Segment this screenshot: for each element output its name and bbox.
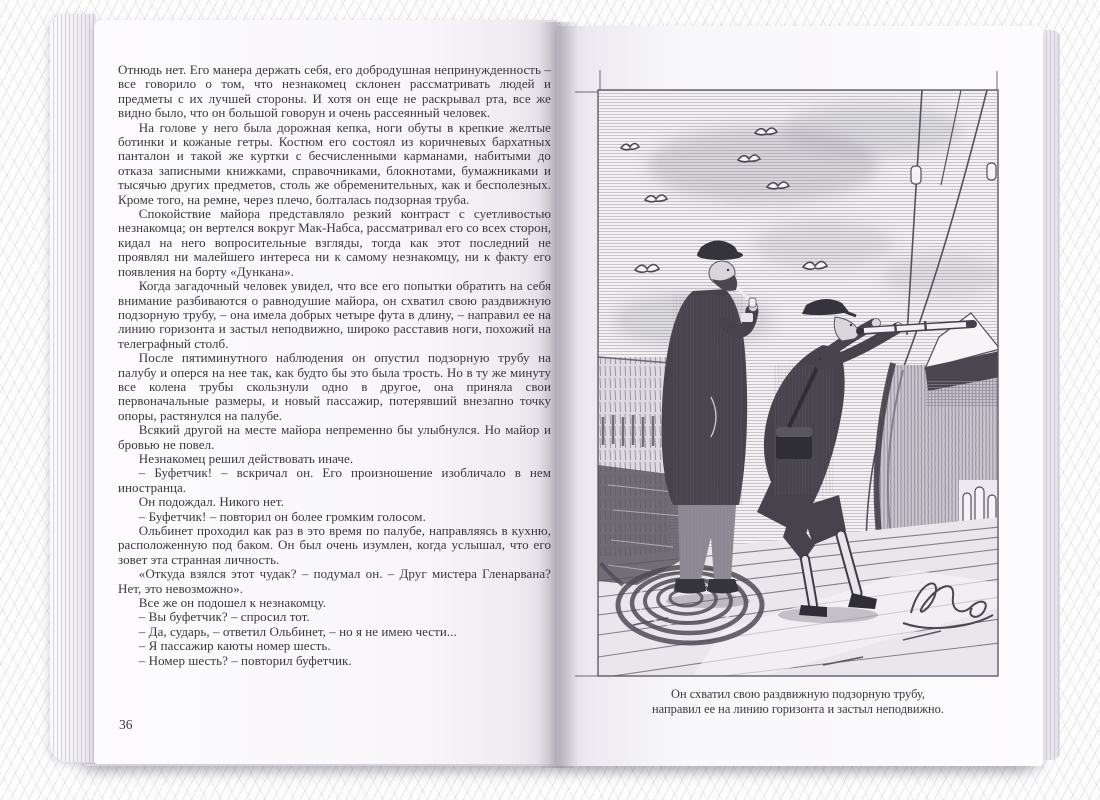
paragraph: – Да, сударь, – ответил Ольбинет, – но я… [118,625,551,639]
caption-line: направил ее на линию горизонта и застыл … [596,702,1000,717]
left-page-text: Отнюдь нет. Его манера держать себя, его… [118,63,551,668]
paragraph: – Вы буфетчик? – спросил тот. [118,610,551,624]
paragraph: – Буфетчик! – вскричал он. Его произноше… [118,466,551,495]
caption-line: Он схватил свою раздвижную подзорную тру… [596,687,1000,702]
illustration-caption: Он схватил свою раздвижную подзорную тру… [596,687,1000,717]
paragraph: На голове у него была дорожная кепка, но… [118,121,551,207]
paragraph: Незнакомец решил действовать иначе. [118,452,551,466]
left-page-edges [50,14,96,762]
paragraph: Все же он подошел к незнакомцу. [118,596,551,610]
right-page-edges [1043,30,1060,760]
paragraph: «Откуда взялся этот чудак? – подумал он.… [118,567,551,596]
paragraph: Когда загадочный человек увидел, что все… [118,279,551,351]
paragraph: Всякий другой на месте майора непременно… [118,423,551,452]
paragraph: Ольбинет проходил как раз в это время по… [118,524,551,567]
engraving-illustration [573,65,1025,711]
paragraph: – Я пассажир каюты номер шесть. [118,639,551,653]
page-number: 36 [119,717,133,733]
paragraph: Отнюдь нет. Его манера держать себя, его… [118,63,551,121]
paragraph: – Буфетчик! – повторил он более громким … [118,510,551,524]
paragraph: После пятиминутного наблюдения он опусти… [118,351,551,423]
paragraph: Он подождал. Никого нет. [118,495,551,509]
paragraph: Спокойствие майора представляло резкий к… [118,207,551,279]
fence [603,415,663,447]
paragraph: – Номер шесть? – повторил буфетчик. [118,654,551,668]
